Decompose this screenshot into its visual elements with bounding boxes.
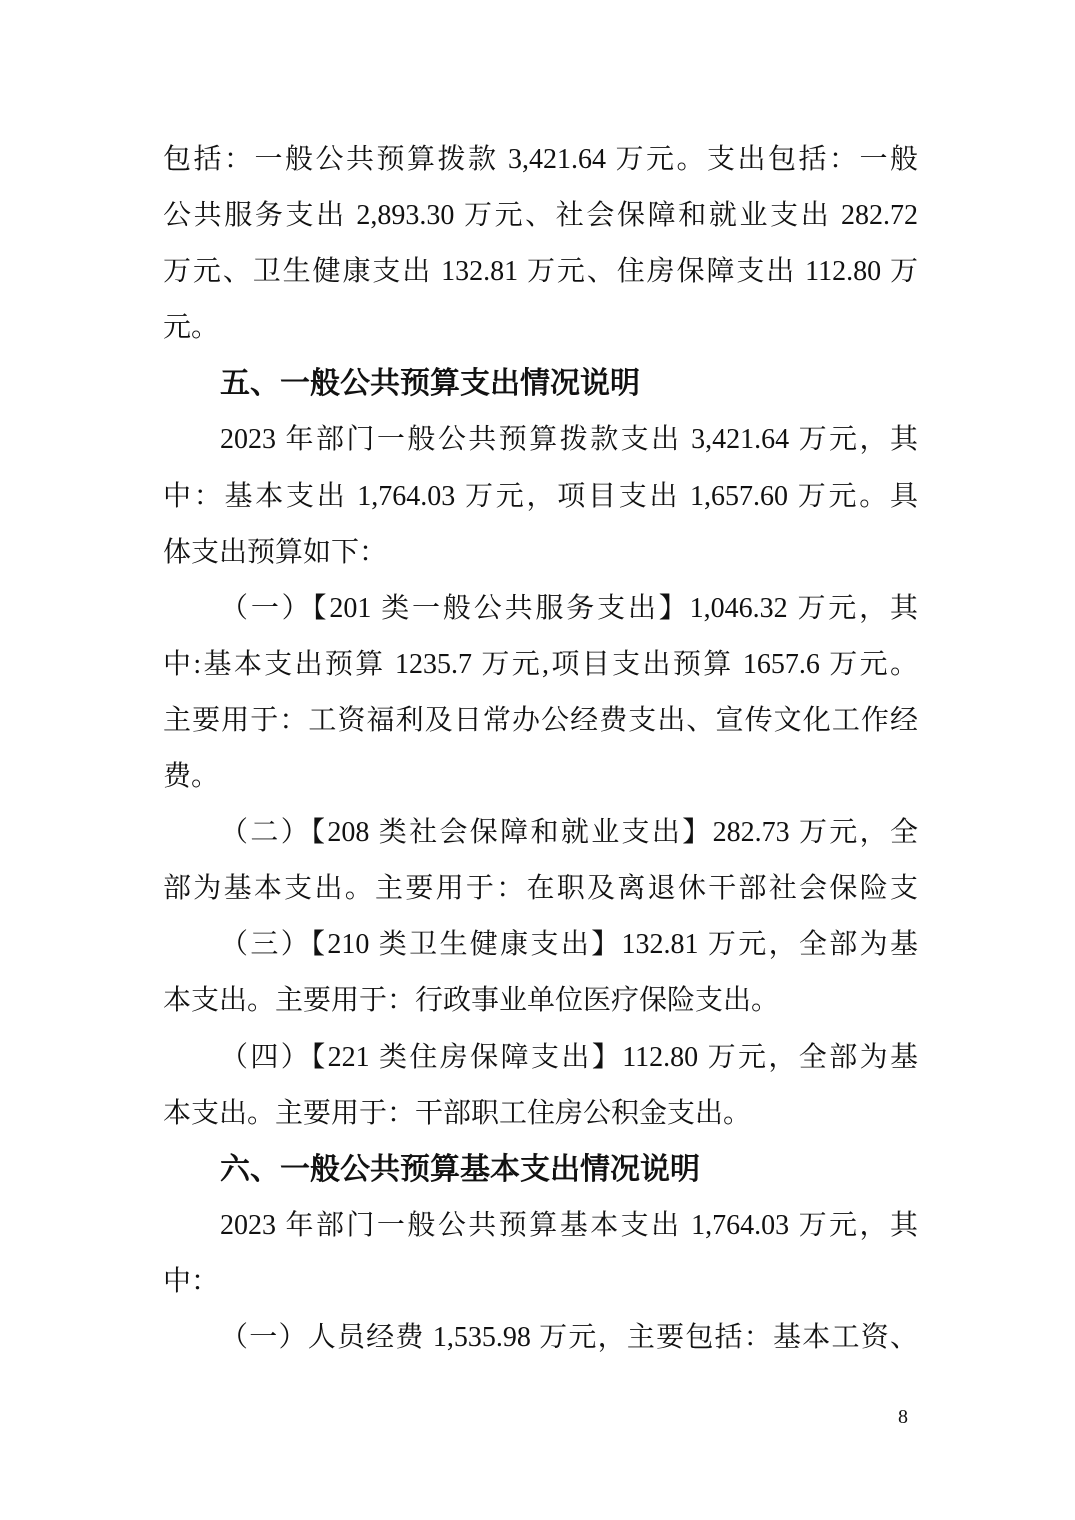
- text-line: 本支出。主要用于：干部职工住房公积金支出。: [163, 1086, 918, 1142]
- text-line: 中：: [163, 1254, 918, 1310]
- text-line: 部为基本支出。主要用于：在职及离退休干部社会保险支出。: [163, 861, 918, 917]
- text-line: 费。: [163, 749, 918, 805]
- text-line: （一）【201 类一般公共服务支出】1,046.32 万元，其: [163, 581, 918, 637]
- document-page-body: 包括：一般公共预算拨款 3,421.64 万元。支出包括：一般 公共服务支出 2…: [163, 132, 918, 1366]
- text-line: 包括：一般公共预算拨款 3,421.64 万元。支出包括：一般: [163, 132, 918, 188]
- text-line: 主要用于：工资福利及日常办公经费支出、宣传文化工作经: [163, 693, 918, 749]
- text-line: 元。: [163, 300, 918, 356]
- text-line: 中:基本支出预算 1235.7 万元,项目支出预算 1657.6 万元。: [163, 637, 918, 693]
- heading-section-5: 五、一般公共预算支出情况说明: [163, 356, 918, 412]
- text-line: （三）【210 类卫生健康支出】132.81 万元，全部为基: [163, 917, 918, 973]
- text-line: 2023 年部门一般公共预算基本支出 1,764.03 万元，其: [163, 1198, 918, 1254]
- text-line: （二）【208 类社会保障和就业支出】282.73 万元，全: [163, 805, 918, 861]
- text-line: （四）【221 类住房保障支出】112.80 万元，全部为基: [163, 1030, 918, 1086]
- text-line: 体支出预算如下：: [163, 525, 918, 581]
- page-number: 8: [898, 1402, 928, 1432]
- text-line: 公共服务支出 2,893.30 万元、社会保障和就业支出 282.72: [163, 188, 918, 244]
- heading-section-6: 六、一般公共预算基本支出情况说明: [163, 1142, 918, 1198]
- text-line: 本支出。主要用于：行政事业单位医疗保险支出。: [163, 973, 918, 1029]
- text-line: 中：基本支出 1,764.03 万元，项目支出 1,657.60 万元。具: [163, 469, 918, 525]
- text-line: 万元、卫生健康支出 132.81 万元、住房保障支出 112.80 万: [163, 244, 918, 300]
- text-line: （一）人员经费 1,535.98 万元，主要包括：基本工资、: [163, 1310, 918, 1366]
- text-line: 2023 年部门一般公共预算拨款支出 3,421.64 万元，其: [163, 412, 918, 468]
